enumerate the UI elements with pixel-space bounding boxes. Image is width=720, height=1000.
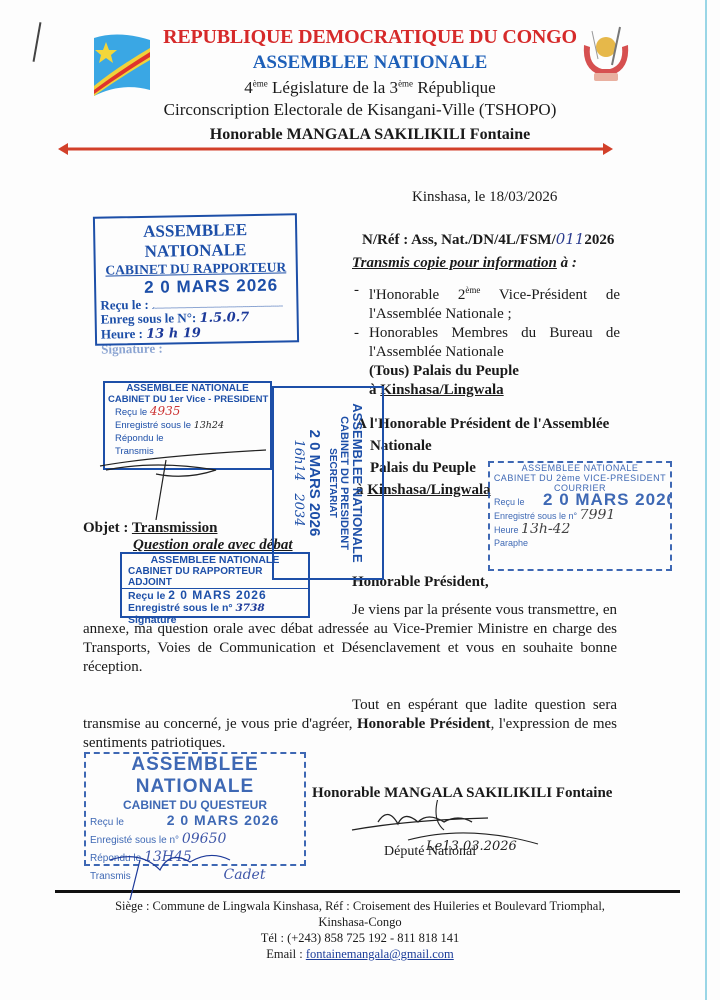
country-heading: REPUBLIQUE DEMOCRATIQUE DU CONGO	[0, 26, 720, 49]
body-paragraph-2: Tout en espérant que ladite question ser…	[83, 696, 617, 753]
addressee-line: Nationale	[356, 435, 609, 457]
stamp-received-row: Reçu le 4935	[105, 405, 270, 419]
list-item: l'Honorable 2ème Vice-Président de l'Ass…	[352, 281, 620, 324]
stamp-handwriting: 16h14 2034	[291, 388, 306, 578]
stamp-subtitle: CABINET DU 2ème VICE-PRESIDENT	[490, 473, 670, 483]
stamp-date: 2 0 MARS 2026	[306, 388, 323, 578]
subject-line: Objet : Transmission	[83, 520, 217, 537]
stamp-subtitle: CABINET DU PRESIDENT	[338, 388, 350, 578]
stamp-subtitle-2: COURRIER	[490, 483, 670, 493]
stamp-cabinet-rapporteur-adjoint: ASSEMBLEE NATIONALE CABINET DU RAPPORTEU…	[120, 552, 310, 618]
double-arrow-divider	[58, 143, 613, 155]
institution-heading: ASSEMBLEE NATIONALE	[0, 52, 720, 74]
stamp-subtitle-2: SECRETARIAT	[327, 388, 338, 578]
stamp-title: ASSEMBLEE NATIONALE	[105, 383, 270, 394]
stamp-subtitle: CABINET DU RAPPORTEUR ADJOINT	[122, 566, 308, 589]
reference-number: N/Réf : Ass, Nat./DN/4L/FSM/0112026	[362, 230, 614, 249]
stamp-cabinet-rapporteur: ASSEMBLEE NATIONALE CABINET DU RAPPORTEU…	[93, 213, 299, 346]
handwritten-scribble	[100, 840, 340, 900]
handwritten-scribble	[96, 440, 276, 520]
stamp-register-row: Enregistré sous le n° 3738	[122, 602, 308, 614]
copy-recipients-list: l'Honorable 2ème Vice-Président de l'Ass…	[352, 281, 620, 400]
copies-location: (Tous) Palais du Peuple	[352, 362, 620, 381]
stamp-subtitle: CABINET DU QUESTEUR	[86, 798, 304, 812]
stamp-subtitle: CABINET DU 1er Vice - PRESIDENT	[105, 394, 270, 405]
stamp-title: ASSEMBLEE NATIONALE	[490, 463, 670, 473]
copies-city: à Kinshasa/Lingwala	[352, 381, 620, 400]
stamp-title: ASSEMBLEE NATIONALE	[350, 388, 365, 578]
email-link[interactable]: fontainemangala@gmail.com	[306, 947, 454, 961]
footer-email: Email : fontainemangala@gmail.com	[40, 946, 680, 962]
stamp-cabinet-president-secretariat: ASSEMBLEE NATIONALE CABINET DU PRESIDENT…	[272, 386, 384, 580]
copy-recipients-label: Transmis copie pour information à :	[352, 255, 577, 272]
stamp-title: ASSEMBLEE NATIONALE	[95, 219, 296, 262]
stamp-time-row: Heure 13h-42	[490, 523, 670, 537]
circonscription-line: Circonscription Electorale de Kisangani-…	[0, 100, 720, 120]
stamp-register-row: Enregistré sous le n° 7991	[490, 509, 670, 523]
honorable-name: Honorable MANGALA SAKILIKILI Fontaine	[0, 126, 720, 144]
footer-city: Kinshasa-Congo	[40, 914, 680, 930]
list-item: Honorables Membres du Bureau de l'Assemb…	[352, 324, 620, 362]
footer: Siège : Commune de Lingwala Kinshasa, Ré…	[40, 898, 680, 962]
stamp-initial-row: Paraphe	[490, 537, 670, 550]
page-edge-line	[705, 0, 707, 1000]
stamp-cabinet-2nd-vice-president: ASSEMBLEE NATIONALE CABINET DU 2ème VICE…	[488, 461, 672, 571]
legislature-line: 4ème Législature de la 3ème République	[0, 78, 720, 98]
stamp-rotated-content: ASSEMBLEE NATIONALE CABINET DU PRESIDENT…	[291, 388, 365, 578]
stamp-received-row: Reçu le 2 0 MARS 2026	[86, 812, 304, 831]
footer-phone: Tél : (+243) 858 725 192 - 811 818 141	[40, 930, 680, 946]
signer-title: Député National	[384, 844, 476, 860]
stamp-received-row: Reçu le 2 0 MARS 2026	[122, 589, 308, 602]
stamp-received-row: Reçu le 2 0 MARS 2026	[490, 493, 670, 509]
addressee-line: A l'Honorable Président de l'Assemblée	[356, 413, 609, 435]
stamp-signature-row: Signature	[122, 614, 308, 626]
stamp-register-row: Enregistré sous le 13h24	[105, 419, 270, 432]
stamp-title: ASSEMBLEE NATIONALE	[86, 754, 304, 798]
place-date: Kinshasa, le 18/03/2026	[412, 189, 557, 206]
stamp-signature-row: Signature :	[97, 339, 297, 356]
stamp-title: ASSEMBLEE NATIONALE	[122, 554, 308, 566]
footer-address: Siège : Commune de Lingwala Kinshasa, Ré…	[40, 898, 680, 914]
